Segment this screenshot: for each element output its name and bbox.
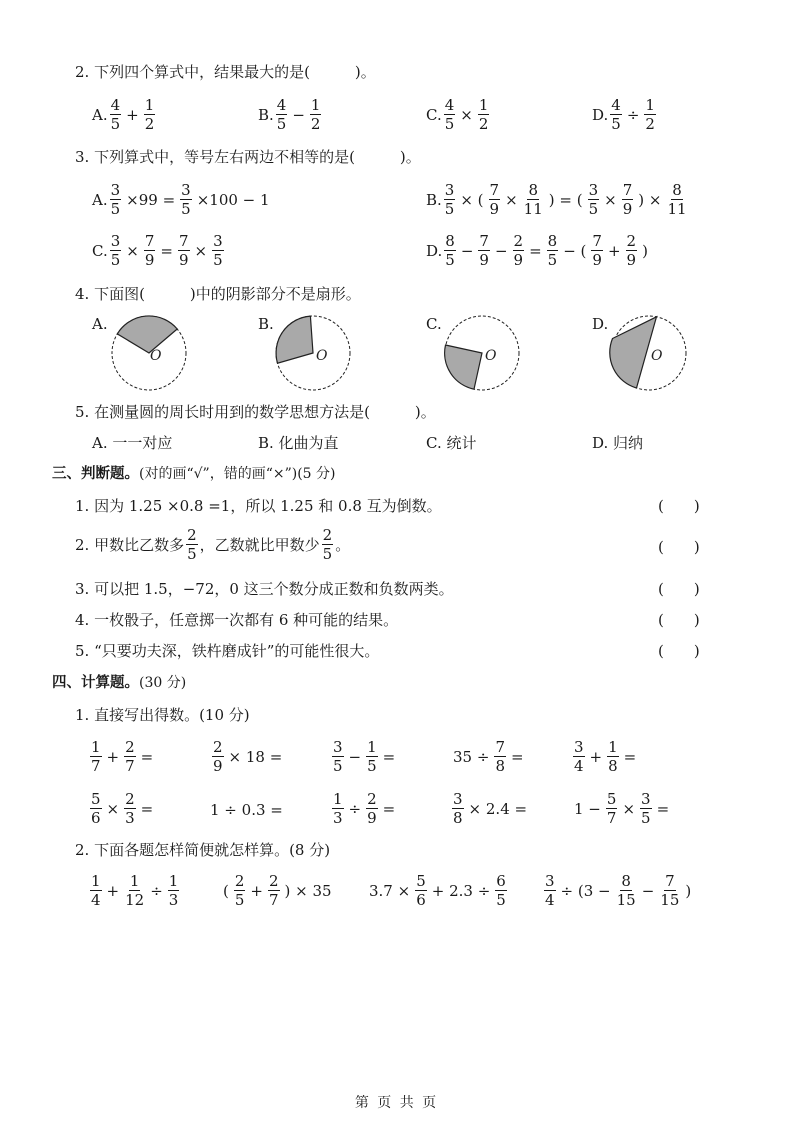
denominator: 9: [212, 757, 224, 774]
expr-text: × 18 =: [229, 747, 283, 767]
fraction: 34: [573, 740, 585, 774]
numerator: 1: [90, 740, 102, 757]
denominator: 9: [591, 251, 603, 268]
denominator: 5: [547, 251, 559, 268]
numerator: 7: [664, 874, 676, 891]
fraction: 12: [644, 98, 656, 132]
expr-text: −: [461, 241, 474, 261]
fraction: 85: [444, 234, 456, 268]
numerator: 4: [610, 98, 622, 115]
numerator: 7: [178, 234, 190, 251]
denominator: 11: [666, 200, 687, 217]
section-note: (对的画“√”，错的画“×”)(5 分): [139, 464, 336, 484]
expr-text: =: [160, 241, 173, 261]
denominator: 7: [124, 757, 136, 774]
expr-text: =: [529, 241, 542, 261]
calc-r2-c3: 13 ÷ 29 =: [330, 792, 398, 826]
denominator: 7: [268, 891, 280, 908]
fraction: 35: [110, 183, 122, 217]
denominator: 2: [478, 115, 490, 132]
numerator: 7: [489, 183, 501, 200]
expr-text: ×: [505, 190, 518, 210]
numerator: 7: [494, 740, 506, 757]
fraction: 79: [591, 234, 603, 268]
denominator: 9: [513, 251, 525, 268]
fraction: 25: [234, 874, 246, 908]
expr-text: =: [141, 747, 154, 767]
fraction: 811: [523, 183, 544, 217]
expr-text: =: [383, 799, 396, 819]
numerator: 1: [332, 792, 344, 809]
fraction: 17: [90, 740, 102, 774]
fraction: 35: [444, 183, 456, 217]
denominator: 7: [90, 757, 102, 774]
numerator: 2: [513, 234, 525, 251]
tf-item-5: 5. “只要功夫深，铁杵磨成针”的可能性很大。: [75, 641, 379, 661]
fraction: 78: [494, 740, 506, 774]
option-label: A.: [92, 105, 108, 125]
denominator: 2: [310, 115, 322, 132]
denominator: 5: [495, 891, 507, 908]
denominator: 4: [573, 757, 585, 774]
tf-item-3: 3. 可以把 1.5，−72，0 这三个数分成正数和负数两类。: [75, 579, 454, 599]
fraction: 15: [366, 740, 378, 774]
expr-text: =: [624, 747, 637, 767]
fraction: 35: [212, 234, 224, 268]
expr-text: ) × 35: [285, 881, 332, 901]
q4-option-a-label: A.: [92, 314, 108, 334]
fraction: 35: [588, 183, 600, 217]
fraction: 79: [489, 183, 501, 217]
fraction: 29: [366, 792, 378, 826]
q5-option-a[interactable]: A. 一一对应: [92, 433, 172, 453]
expr-text: −: [642, 881, 655, 901]
q2-option-a[interactable]: A. 45 + 12: [92, 98, 157, 132]
numerator: 3: [444, 183, 456, 200]
fraction: 35: [640, 792, 652, 826]
denominator: 5: [110, 200, 122, 217]
numerator: 3: [640, 792, 652, 809]
q2-option-c[interactable]: C. 45 × 12: [426, 98, 491, 132]
expr-text: ×100 − 1: [197, 190, 270, 210]
numerator: 2: [268, 874, 280, 891]
denominator: 4: [90, 891, 102, 908]
fraction: 65: [495, 874, 507, 908]
calc-r1-c2: 29 × 18 =: [210, 740, 285, 774]
q3-option-c[interactable]: C. 35 × 79 = 79 × 35: [92, 234, 226, 268]
numerator: 4: [444, 98, 456, 115]
section-4-header: 四、计算题。 (30 分): [52, 673, 186, 693]
numerator: 8: [671, 183, 683, 200]
expr-text: + 2.3 ÷: [432, 881, 491, 901]
sector-figure-b[interactable]: O: [272, 312, 354, 394]
denominator: 3: [332, 809, 344, 826]
q2-stem: 2. 下列四个算式中，结果最大的是( )。: [75, 62, 376, 82]
expr-text: − (: [563, 241, 586, 261]
numerator: 1: [90, 874, 102, 891]
fraction: 35: [110, 234, 122, 268]
calc-sub2-e1: 14 + 112 ÷ 13: [88, 874, 181, 908]
numerator: 5: [606, 792, 618, 809]
denominator: 5: [332, 757, 344, 774]
numerator: 7: [144, 234, 156, 251]
expr-text: (: [223, 881, 229, 901]
q5-option-c[interactable]: C. 统计: [426, 433, 476, 453]
denominator: 2: [144, 115, 156, 132]
numerator: 2: [124, 792, 136, 809]
section-score: (30 分): [139, 673, 186, 693]
numerator: 1: [168, 874, 180, 891]
sector-figure-c[interactable]: O: [441, 312, 523, 394]
denominator: 5: [640, 809, 652, 826]
fraction: 79: [178, 234, 190, 268]
fraction: 29: [513, 234, 525, 268]
calc-r1-c5: 34 + 18 =: [571, 740, 639, 774]
denominator: 15: [616, 891, 637, 908]
numerator: 4: [110, 98, 122, 115]
option-label: B.: [258, 105, 274, 125]
calc-r2-c5: 1 − 57 × 35 =: [571, 792, 672, 826]
numerator: 7: [591, 234, 603, 251]
numerator: 3: [588, 183, 600, 200]
q3-option-a[interactable]: A. 35 ×99 = 35 ×100 − 1: [92, 183, 273, 217]
q4-stem: 4. 下面图( )中的阴影部分不是扇形。: [75, 284, 361, 304]
fraction: 29: [212, 740, 224, 774]
numerator: 2: [322, 528, 334, 545]
expr-text: =: [657, 799, 670, 819]
expr-text: × 2.4 =: [469, 799, 528, 819]
fraction: 79: [478, 234, 490, 268]
fraction: 79: [144, 234, 156, 268]
numerator: 7: [478, 234, 490, 251]
operator: ÷: [627, 105, 640, 125]
option-label: D.: [592, 105, 608, 125]
svg-text:O: O: [485, 348, 497, 364]
numerator: 3: [573, 740, 585, 757]
fraction: 38: [452, 792, 464, 826]
svg-text:O: O: [150, 348, 162, 364]
expr-text: × (: [460, 190, 483, 210]
expr-text: ): [685, 881, 691, 901]
calc-sub2-title: 2. 下面各题怎样简便就怎样算。(8 分): [75, 840, 330, 860]
fraction: 56: [90, 792, 102, 826]
numerator: 8: [620, 874, 632, 891]
denominator: 15: [659, 891, 680, 908]
expr-text: +: [608, 241, 621, 261]
numerator: 2: [366, 792, 378, 809]
fraction: 79: [622, 183, 634, 217]
expr-text: −: [349, 747, 362, 767]
fraction: 29: [626, 234, 638, 268]
denominator: 3: [124, 809, 136, 826]
tf-answer-bracket-3[interactable]: ( ): [658, 579, 700, 599]
numerator: 6: [495, 874, 507, 891]
q5-stem: 5. 在测量圆的周长时用到的数学思想方法是( )。: [75, 402, 436, 422]
numerator: 8: [547, 234, 559, 251]
calc-r1-c1: 17 + 27 =: [88, 740, 156, 774]
denominator: 5: [110, 115, 122, 132]
q2-option-b[interactable]: B. 45 − 12: [258, 98, 323, 132]
fraction: 45: [110, 98, 122, 132]
calc-sub2-e4: 34 ÷ (3 − 815 − 715 ): [542, 874, 694, 908]
numerator: 1: [644, 98, 656, 115]
expr-text: ÷ (3 −: [561, 881, 611, 901]
fraction: 45: [444, 98, 456, 132]
tf-answer-bracket-1[interactable]: ( ): [658, 496, 700, 516]
denominator: 5: [444, 115, 456, 132]
section-title: 三、判断题。: [52, 464, 139, 484]
tf-answer-bracket-4[interactable]: ( ): [658, 610, 700, 630]
fraction: 27: [124, 740, 136, 774]
expr-text: 35 ÷: [453, 747, 489, 767]
expr-text: ×: [107, 799, 120, 819]
fraction: 14: [90, 874, 102, 908]
calc-sub2-e2: ( 25 + 27 ) × 35: [220, 874, 335, 908]
denominator: 5: [276, 115, 288, 132]
expr-text: ÷: [349, 799, 362, 819]
expr-text: ×: [195, 241, 208, 261]
calc-sub2-e3: 3.7 × 56 + 2.3 ÷ 65: [366, 874, 509, 908]
numerator: 3: [110, 183, 122, 200]
denominator: 5: [212, 251, 224, 268]
denominator: 8: [452, 809, 464, 826]
fraction: 112: [124, 874, 145, 908]
expr-text: +: [107, 881, 120, 901]
denominator: 5: [180, 200, 192, 217]
q5-option-d[interactable]: D. 归纳: [592, 433, 643, 453]
tf-item-1: 1. 因为 1.25 ×0.8 =1，所以 1.25 和 0.8 互为倒数。: [75, 496, 442, 516]
fraction: 35: [180, 183, 192, 217]
fraction: 85: [547, 234, 559, 268]
denominator: 12: [124, 891, 145, 908]
option-label: C.: [92, 241, 108, 261]
denominator: 8: [494, 757, 506, 774]
denominator: 3: [168, 891, 180, 908]
expr-text: 1 −: [574, 799, 601, 819]
numerator: 2: [626, 234, 638, 251]
operator: +: [126, 105, 139, 125]
tf-answer-bracket-5[interactable]: ( ): [658, 641, 700, 661]
option-label: A.: [92, 190, 108, 210]
operator: −: [292, 105, 305, 125]
q5-option-b[interactable]: B. 化曲为直: [258, 433, 339, 453]
fraction: 27: [268, 874, 280, 908]
denominator: 9: [178, 251, 190, 268]
denominator: 6: [90, 809, 102, 826]
numerator: 3: [544, 874, 556, 891]
denominator: 5: [234, 891, 246, 908]
expr-text: +: [107, 747, 120, 767]
denominator: 5: [110, 251, 122, 268]
sector-figure-a[interactable]: O: [108, 312, 190, 394]
expr-text: ) = (: [549, 190, 583, 210]
q4-option-d-label: D.: [592, 314, 608, 334]
fraction: 13: [168, 874, 180, 908]
expr-text: ×99 =: [126, 190, 175, 210]
calc-r2-c2: 1 ÷ 0.3 =: [210, 800, 283, 820]
denominator: 8: [607, 757, 619, 774]
calc-r1-c4: 35 ÷ 78 =: [450, 740, 527, 774]
expr-text: =: [383, 747, 396, 767]
expr-text: +: [590, 747, 603, 767]
fraction: 34: [544, 874, 556, 908]
fraction: 12: [144, 98, 156, 132]
option-label: B.: [426, 190, 442, 210]
denominator: 5: [610, 115, 622, 132]
fraction: 12: [478, 98, 490, 132]
fraction: 35: [332, 740, 344, 774]
denominator: 9: [622, 200, 634, 217]
svg-text:O: O: [316, 348, 328, 364]
tf-item-4: 4. 一枚骰子，任意掷一次都有 6 种可能的结果。: [75, 610, 398, 630]
numerator: 1: [607, 740, 619, 757]
calc-r1-c3: 35 − 15 =: [330, 740, 398, 774]
numerator: 2: [186, 528, 198, 545]
fraction: 18: [607, 740, 619, 774]
denominator: 9: [366, 809, 378, 826]
item-text: ，乙数就比甲数少: [200, 535, 320, 555]
fraction: 25: [322, 528, 334, 562]
expr-text: ×: [126, 241, 139, 261]
expr-text: ×: [604, 190, 617, 210]
expr-text: +: [250, 881, 263, 901]
denominator: 9: [626, 251, 638, 268]
fraction: 56: [415, 874, 427, 908]
section-title: 四、计算题。: [52, 673, 139, 693]
expr-text: ÷: [150, 881, 163, 901]
numerator: 1: [366, 740, 378, 757]
tf-answer-bracket-2[interactable]: ( ): [658, 537, 700, 557]
page-footer: 第 页 共 页: [0, 1092, 793, 1112]
numerator: 1: [129, 874, 141, 891]
denominator: 9: [489, 200, 501, 217]
item-text: 。: [335, 535, 350, 555]
numerator: 2: [124, 740, 136, 757]
numerator: 8: [444, 234, 456, 251]
numerator: 1: [144, 98, 156, 115]
fraction: 23: [124, 792, 136, 826]
numerator: 2: [234, 874, 246, 891]
expr-text: 3.7 ×: [369, 881, 410, 901]
calc-r2-c4: 38 × 2.4 =: [450, 792, 530, 826]
fraction: 25: [186, 528, 198, 562]
numerator: 3: [110, 234, 122, 251]
denominator: 6: [415, 891, 427, 908]
svg-text:O: O: [651, 348, 663, 364]
sector-figure-d[interactable]: O: [608, 312, 690, 394]
denominator: 4: [544, 891, 556, 908]
denominator: 7: [606, 809, 618, 826]
operator: ×: [460, 105, 473, 125]
numerator: 3: [212, 234, 224, 251]
numerator: 5: [415, 874, 427, 891]
item-text: 2. 甲数比乙数多: [75, 535, 184, 555]
denominator: 5: [366, 757, 378, 774]
fraction: 45: [276, 98, 288, 132]
tf-item-2: 2. 甲数比乙数多 25 ，乙数就比甲数少 25 。: [75, 528, 350, 562]
fraction: 811: [666, 183, 687, 217]
denominator: 5: [186, 545, 198, 562]
numerator: 7: [622, 183, 634, 200]
q4-option-c-label: C.: [426, 314, 442, 334]
denominator: 5: [444, 251, 456, 268]
denominator: 9: [478, 251, 490, 268]
numerator: 1: [478, 98, 490, 115]
numerator: 3: [180, 183, 192, 200]
fraction: 13: [332, 792, 344, 826]
calc-sub1-title: 1. 直接写出得数。(10 分): [75, 705, 250, 725]
option-label: C.: [426, 105, 442, 125]
numerator: 5: [90, 792, 102, 809]
denominator: 5: [588, 200, 600, 217]
q3-stem: 3. 下列算式中，等号左右两边不相等的是( )。: [75, 147, 421, 167]
expr-text: =: [511, 747, 524, 767]
q3-option-b[interactable]: B. 35 × ( 79 × 811 ) = ( 35 × 79 ) × 811: [426, 183, 690, 217]
denominator: 2: [644, 115, 656, 132]
expr-text: =: [141, 799, 154, 819]
calc-r2-c1: 56 × 23 =: [88, 792, 156, 826]
numerator: 2: [212, 740, 224, 757]
q2-option-d[interactable]: D. 45 ÷ 12: [592, 98, 658, 132]
expr-text: −: [495, 241, 508, 261]
denominator: 11: [523, 200, 544, 217]
denominator: 5: [444, 200, 456, 217]
option-label: D.: [426, 241, 442, 261]
fraction: 715: [659, 874, 680, 908]
expr-text: ×: [622, 799, 635, 819]
section-3-header: 三、判断题。 (对的画“√”，错的画“×”)(5 分): [52, 464, 336, 484]
fraction: 815: [616, 874, 637, 908]
numerator: 4: [276, 98, 288, 115]
denominator: 5: [322, 545, 334, 562]
numerator: 8: [527, 183, 539, 200]
fraction: 57: [606, 792, 618, 826]
expr-text: ): [642, 241, 648, 261]
fraction: 45: [610, 98, 622, 132]
numerator: 1: [310, 98, 322, 115]
numerator: 3: [452, 792, 464, 809]
denominator: 9: [144, 251, 156, 268]
q3-option-d[interactable]: D. 85 − 79 − 29 = 85 − ( 79 + 29 ): [426, 234, 651, 268]
fraction: 12: [310, 98, 322, 132]
numerator: 3: [332, 740, 344, 757]
expr-text: ) ×: [638, 190, 661, 210]
